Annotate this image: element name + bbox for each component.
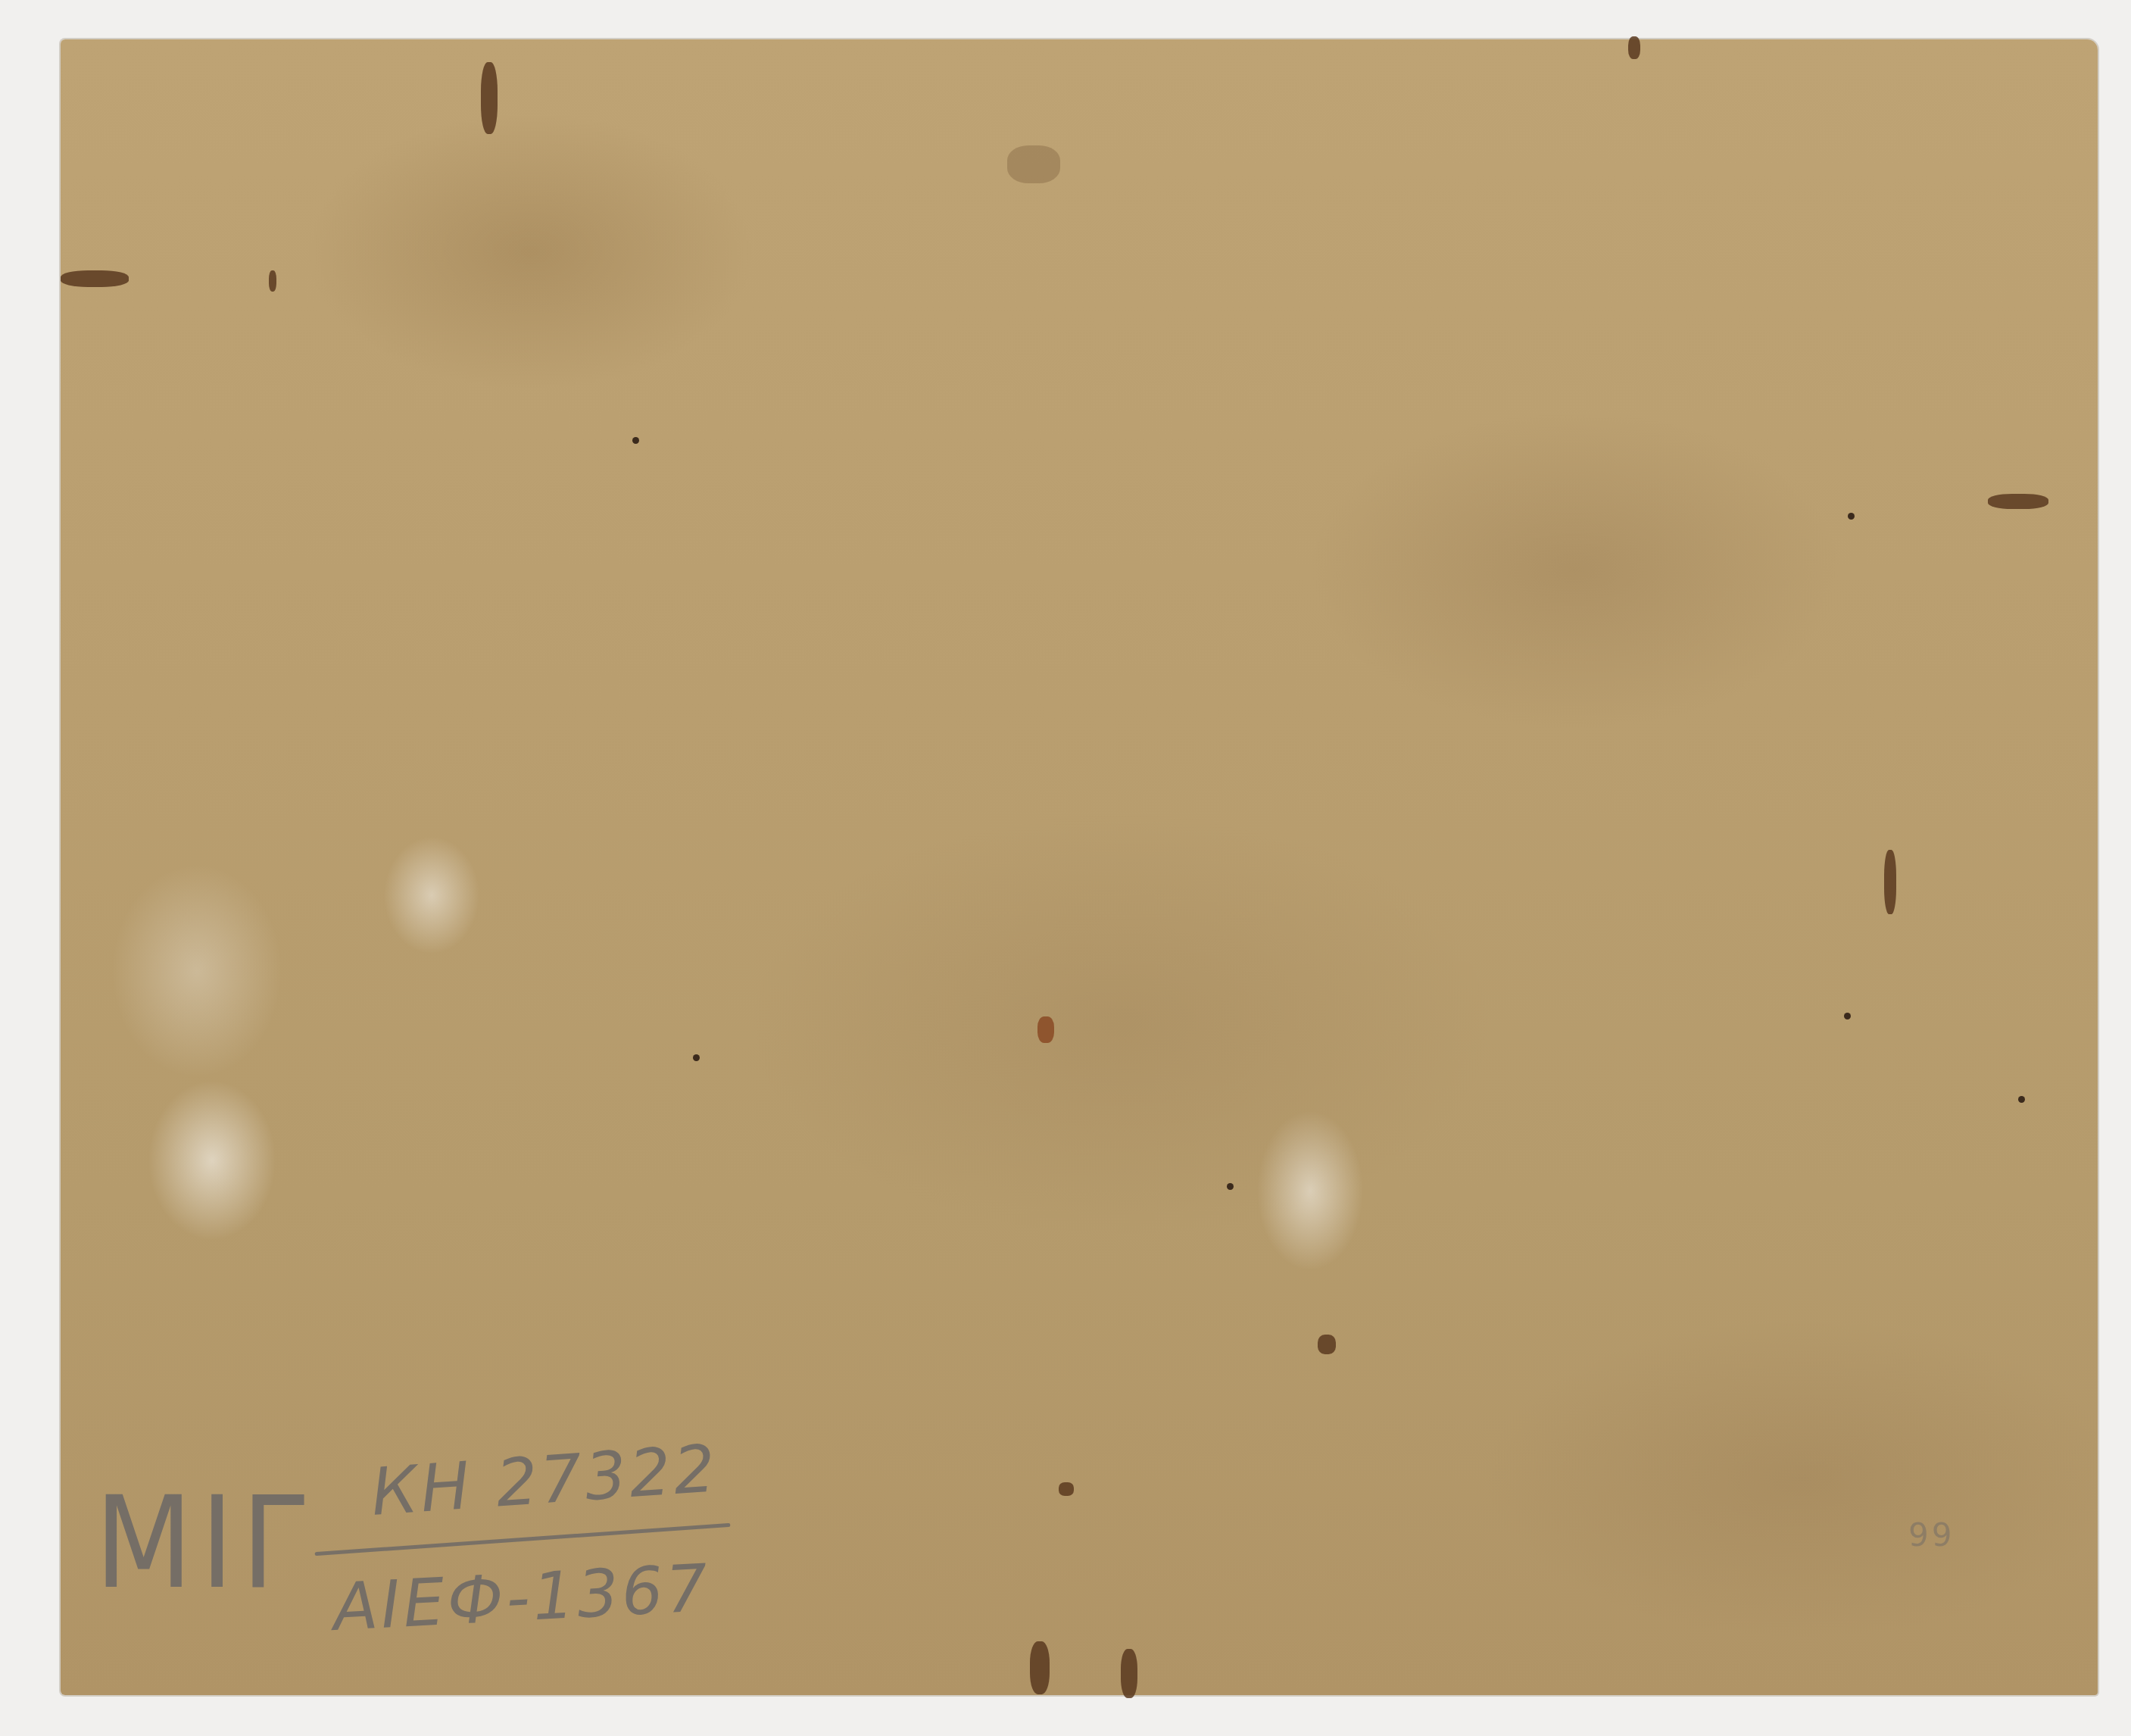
rust-stain-left-edge <box>61 270 129 287</box>
speck <box>693 1054 700 1061</box>
speck <box>1844 1013 1851 1019</box>
scan-scene: 99 МІГ КН 27322 АІЕФ-1367 <box>0 0 2131 1736</box>
speck <box>2018 1096 2025 1103</box>
cardboard-back: 99 <box>61 39 2098 1695</box>
rust-stain-right-edge <box>1988 494 2048 509</box>
rust-stain-top-left <box>481 62 498 134</box>
rust-stain-right-middle <box>1884 850 1896 914</box>
speck <box>1848 513 1855 520</box>
rust-stain-bottom-mid <box>1059 1482 1074 1496</box>
collection-mark: МІГ <box>95 1469 318 1617</box>
rust-stain-bottom-1 <box>1030 1641 1050 1694</box>
corner-pencil-mark: 99 <box>1908 1516 1955 1553</box>
rust-stain-bottom-2 <box>1121 1649 1137 1698</box>
rust-stain-center <box>1037 1016 1054 1043</box>
rust-stain-top-right <box>1628 36 1640 59</box>
rust-stain-small-left <box>269 270 276 292</box>
speck <box>632 437 639 444</box>
rust-stain-top-center <box>1007 145 1060 183</box>
rust-stain-lower-center <box>1318 1335 1336 1354</box>
speck <box>1227 1183 1234 1190</box>
